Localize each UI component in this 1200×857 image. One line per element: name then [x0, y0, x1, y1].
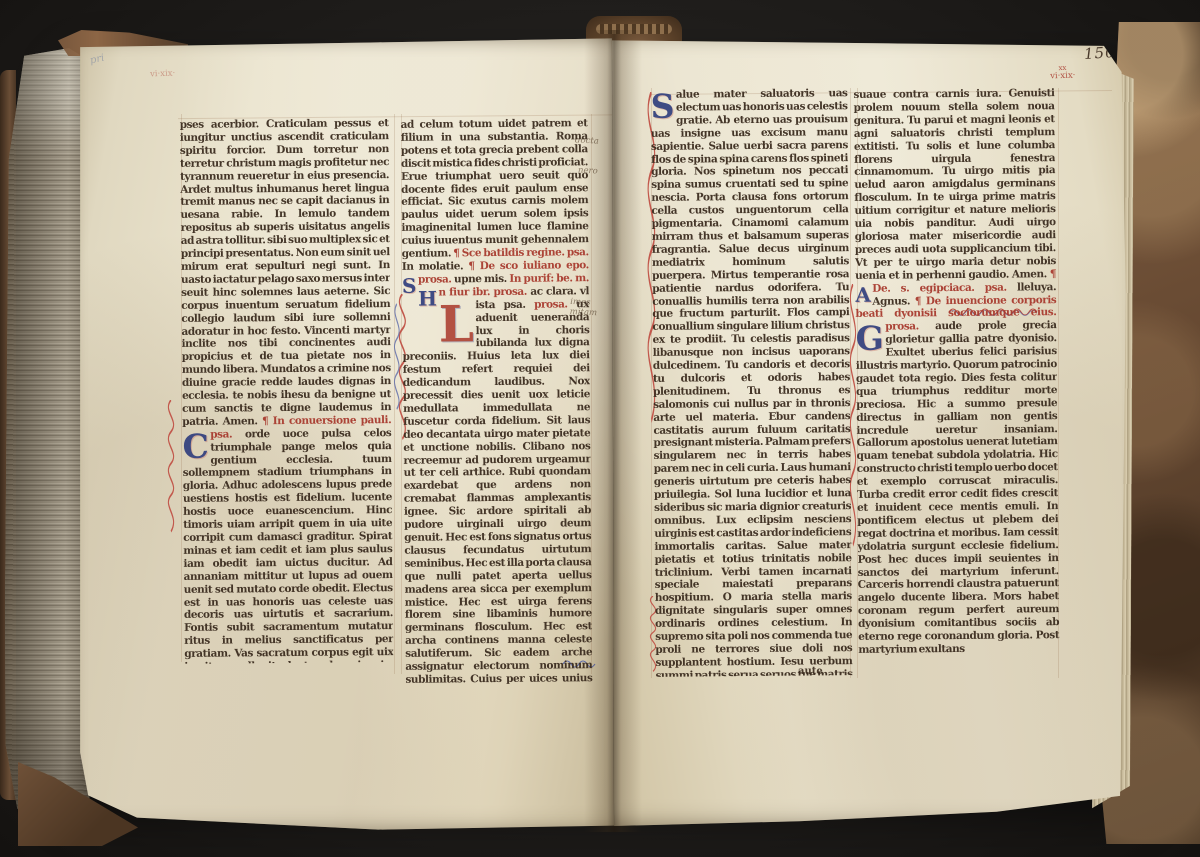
body-text: alue mater saluatoris uas electum uas ho…	[651, 87, 853, 677]
right-page-recto: 150 xxvi·xix· Salue mater saluatoris uas…	[612, 34, 1132, 826]
left-page-verso: pri vi·xix· docta nero imes mitam pses a…	[78, 36, 614, 832]
body-text: ad celum totum uidet patrem et filium in…	[401, 117, 589, 260]
illuminated-initial: G	[855, 321, 883, 357]
pencil-note: pri	[89, 53, 105, 67]
text-column: Salue mater saluatoris uas electum uas h…	[650, 87, 852, 677]
headband-stitching	[596, 24, 672, 34]
illuminated-initial: C	[182, 428, 208, 464]
ruling-line	[394, 114, 395, 674]
quire-mark: xxvi·xix·	[1050, 64, 1076, 81]
body-text: In molatie.	[402, 260, 469, 273]
body-text: orde uoce pulsa celos triumphale pange m…	[183, 427, 394, 664]
body-text: aude prole grecia glorietur gallia patre…	[856, 319, 1059, 655]
text-column: ad celum totum uidet patrem et filium in…	[401, 117, 593, 685]
body-text: suaue contra carnis iura. Genuisti prole…	[853, 87, 1056, 281]
penwork-flourish	[161, 400, 177, 536]
manuscript-photo: pri vi·xix· docta nero imes mitam pses a…	[0, 0, 1200, 857]
left-quire-mark: vi·xix·	[150, 70, 175, 79]
illuminated-initial: S	[402, 274, 416, 298]
illuminated-initial: L	[439, 299, 474, 349]
body-text: ux aduenit ueneranda lux in choris iubil…	[403, 298, 593, 685]
text-column: pses acerbior. Craticulam pessus et iung…	[180, 117, 394, 664]
illuminated-initial: A	[855, 282, 870, 306]
quire-mark-text: vi·xix·	[1050, 71, 1076, 82]
illuminated-initial: S	[650, 89, 674, 125]
catchword: aute	[798, 666, 823, 677]
rubric-text: ¶ Sce batildis regine. psa.	[453, 246, 589, 259]
body-text: upne mis.	[454, 273, 509, 285]
illuminated-initial: H	[418, 286, 437, 310]
rubric-text: prosa.	[534, 298, 576, 310]
body-text: pses acerbior. Craticulam pessus et iung…	[180, 117, 392, 428]
text-column: suaue contra carnis iura. Genuisti prole…	[853, 87, 1059, 673]
